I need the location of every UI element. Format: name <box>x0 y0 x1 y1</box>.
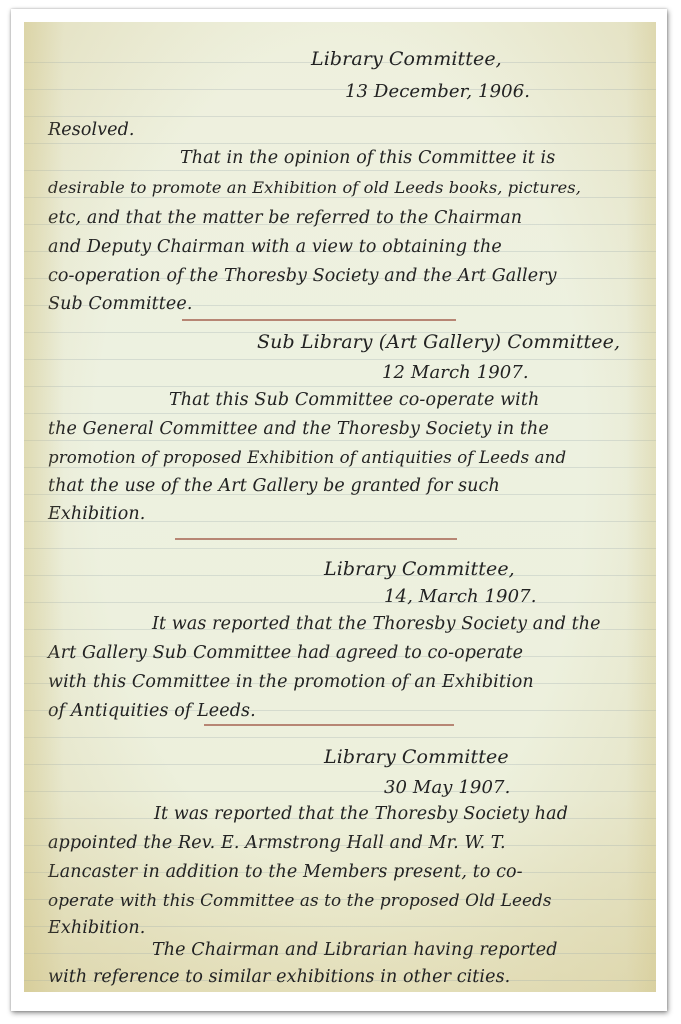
separator-rule <box>204 724 454 726</box>
entry-1-line: Sub Committee. <box>48 296 192 314</box>
entry-3-line: Art Gallery Sub Committee had agreed to … <box>48 645 523 663</box>
entry-2-date: 12 March 1907. <box>382 364 529 382</box>
separator-rule <box>182 319 456 321</box>
entry-2-line: that the use of the Art Gallery be grant… <box>48 478 500 496</box>
entry-2-line: Exhibition. <box>48 506 145 524</box>
entry-4-line: appointed the Rev. E. Armstrong Hall and… <box>48 835 506 853</box>
entry-3-line: of Antiquities of Leeds. <box>48 703 256 721</box>
entry-4-line: Lancaster in addition to the Members pre… <box>48 864 523 882</box>
entry-3-line: with this Committee in the promotion of … <box>48 674 534 692</box>
entry-4-line: operate with this Committee as to the pr… <box>48 892 552 909</box>
entry-1-heading: Library Committee, <box>311 50 502 69</box>
entry-2-line: promotion of proposed Exhibition of anti… <box>48 450 566 467</box>
entry-1-line: That in the opinion of this Committee it… <box>180 150 555 168</box>
entry-1-preamble: Resolved. <box>48 122 135 140</box>
entry-3-date: 14, March 1907. <box>384 588 537 606</box>
separator-rule <box>175 538 457 540</box>
photo-frame: Library Committee, 13 December, 1906. Re… <box>11 9 667 1011</box>
entry-4-line: It was reported that the Thoresby Societ… <box>154 806 568 824</box>
entry-2-line: That this Sub Committee co-operate with <box>169 392 539 410</box>
entry-4-line: with reference to similar exhibitions in… <box>48 969 510 987</box>
entry-4-date: 30 May 1907. <box>384 779 510 797</box>
entry-1-line: etc, and that the matter be referred to … <box>48 210 522 228</box>
entry-1-line: desirable to promote an Exhibition of ol… <box>48 180 581 196</box>
entry-3-heading: Library Committee, <box>324 560 515 579</box>
entry-3-line: It was reported that the Thoresby Societ… <box>152 616 601 634</box>
entry-4-line: Exhibition. <box>48 920 145 938</box>
manuscript-page: Library Committee, 13 December, 1906. Re… <box>24 22 656 992</box>
entry-1-date: 13 December, 1906. <box>345 83 530 101</box>
entry-4-line: The Chairman and Librarian having report… <box>152 942 558 960</box>
entry-1-line: co-operation of the Thoresby Society and… <box>48 268 557 286</box>
entry-2-line: the General Committee and the Thoresby S… <box>48 421 549 439</box>
entry-4-heading: Library Committee <box>324 748 509 767</box>
entry-2-heading: Sub Library (Art Gallery) Committee, <box>257 333 620 352</box>
entry-1-line: and Deputy Chairman with a view to obtai… <box>48 239 502 257</box>
